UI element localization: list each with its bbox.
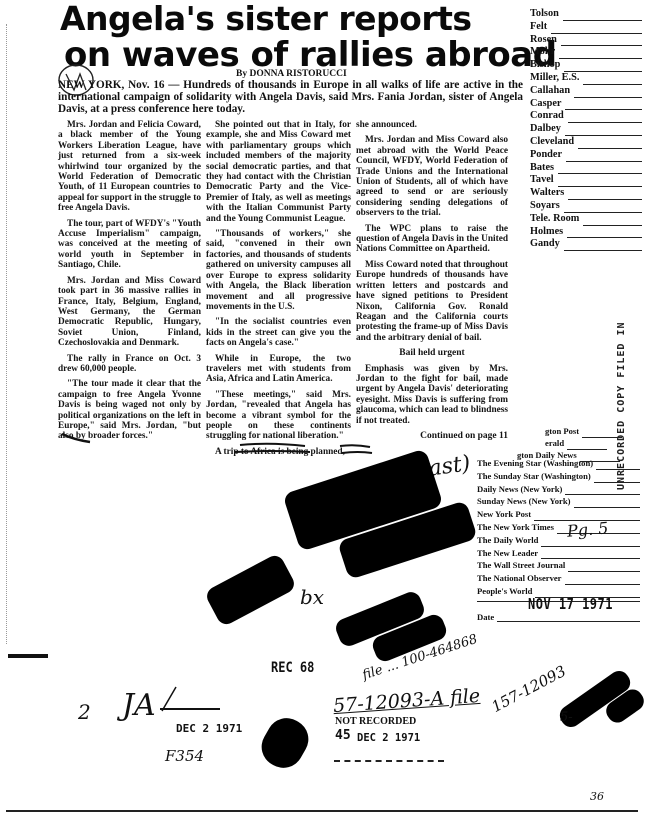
newspaper-name: Daily News (New York) (477, 483, 562, 496)
newspaper-name: erald (545, 437, 564, 450)
handwritten-file-number-2: 157-12093 (489, 662, 569, 716)
routing-name: Soyars (530, 200, 560, 213)
pen-underline-marks (230, 440, 380, 460)
routing-name: Callahan (530, 85, 570, 98)
newspaper-row: The New York Times (477, 521, 640, 534)
routing-line (561, 36, 642, 46)
paragraph: she announced. (356, 120, 508, 130)
routing-line (583, 216, 642, 226)
routing-name: Holmes (530, 226, 563, 239)
newspaper-name: Sunday News (New York) (477, 495, 571, 508)
routing-line (558, 177, 642, 187)
newspaper-line (596, 461, 640, 470)
paragraph: The WPC plans to raise the question of A… (356, 224, 508, 255)
paragraph: While in Europe, the two travelers met w… (206, 354, 351, 385)
paragraph: Mrs. Jordan and Felicia Coward, a black … (58, 120, 201, 214)
routing-line (583, 75, 642, 85)
routing-slip-row: Miller, E.S. (530, 72, 642, 85)
newspaper-line (594, 474, 640, 483)
newspaper-name: The Daily World (477, 534, 538, 547)
newspaper-line (565, 576, 641, 585)
paragraph: Miss Coward noted that throughout Europe… (356, 260, 508, 343)
routing-slip-row: Tavel (530, 174, 642, 187)
paragraph: Mrs. Jordan and Miss Coward took part in… (58, 276, 201, 349)
newspaper-name: New York Post (477, 508, 531, 521)
article-column-2: She pointed out that in Italy, for examp… (206, 120, 351, 462)
headline-line-1: Angela's sister reports (60, 2, 535, 35)
newspaper-line (568, 563, 640, 572)
routing-slip-row: Bates (530, 162, 642, 175)
not-recorded-number: 45 (335, 728, 351, 743)
paragraph: She pointed out that in Italy, for examp… (206, 120, 351, 224)
handwritten-bx: bx (300, 585, 324, 609)
routing-slip-row: Conrad (530, 110, 642, 123)
routing-line (565, 100, 642, 110)
date-stamp: NOV 17 1971 (528, 595, 613, 613)
pen-check (160, 685, 180, 713)
routing-line (563, 11, 642, 21)
newspaper-row: The National Observer (477, 572, 640, 585)
handwritten-number: 2 (78, 700, 91, 724)
paragraph: Emphasis was given by Mrs. Jordan to the… (356, 364, 508, 426)
routing-name: Bates (530, 162, 554, 175)
rec-stamp: REC 68 (271, 659, 314, 676)
date-line (497, 613, 640, 622)
paragraph: "These meetings," said Mrs. Jordan, "rev… (206, 390, 351, 442)
routing-name: Bishop (530, 59, 560, 72)
routing-slip-row: Tele. Room (530, 213, 642, 226)
date-label: Date (477, 612, 494, 622)
newspaper-row: New York Post (477, 508, 640, 521)
routing-name: Rosen (530, 34, 557, 47)
handwritten-page-number: 36 (590, 790, 604, 803)
routing-slip-row: Dalbey (530, 123, 642, 136)
not-recorded-stamp: NOT RECORDED (335, 716, 416, 727)
routing-name: Miller, E.S. (530, 72, 579, 85)
newspaper-name: gton Daily News (517, 449, 577, 462)
article-column-1: Mrs. Jordan and Felicia Coward, a black … (58, 120, 201, 447)
routing-line (558, 164, 642, 174)
handwritten-f354: F354 (165, 747, 204, 765)
routing-name: Conrad (530, 110, 564, 123)
newspaper-row: Daily News (New York) (477, 483, 640, 496)
handwritten-initials: JA (122, 688, 156, 723)
routing-line (565, 126, 642, 136)
newspaper-row: gton Post (545, 425, 622, 438)
routing-line (568, 113, 642, 123)
handwritten-five: 5- (560, 710, 573, 725)
routing-slip-row: Bishop (530, 59, 642, 72)
routing-slip-row: Gandy (530, 238, 642, 251)
newspaper-line (574, 499, 640, 508)
newspaper-line (580, 453, 620, 462)
routing-line (578, 139, 642, 149)
paragraph: Mrs. Jordan and Miss Coward also met abr… (356, 135, 508, 218)
newspaper-row: The Sunday Star (Washington) (477, 470, 640, 483)
routing-slip-row: Holmes (530, 226, 642, 239)
newspaper-name: The New York Times (477, 521, 554, 534)
routing-slip-row: Callahan (530, 85, 642, 98)
pen-mark (60, 430, 110, 444)
edge-mark (8, 654, 48, 658)
routing-slip-row: Tolson (530, 8, 642, 21)
routing-slip-row: Casper (530, 98, 642, 111)
routing-slip-row: Felt (530, 21, 642, 34)
dec-stamp-right: DEC 2 1971 (357, 732, 420, 744)
routing-line (564, 203, 642, 213)
dec-stamp-left: DEC 2 1971 (176, 722, 242, 735)
routing-name: Mohr (530, 46, 555, 59)
handwritten-file-number: 57-12093-A file (332, 685, 480, 717)
newspaper-name: The National Observer (477, 572, 562, 585)
bottom-rule (6, 810, 638, 812)
newspaper-row: gton Daily News (517, 449, 620, 462)
newspaper-name: The Wall Street Journal (477, 559, 565, 572)
routing-line (574, 88, 642, 98)
routing-line (559, 49, 642, 59)
lede-paragraph: NEW YORK, Nov. 16 — Hundreds of thousand… (58, 79, 523, 116)
routing-name: Cleveland (530, 136, 574, 149)
routing-slip-row: Rosen (530, 34, 642, 47)
newspaper-name: gton Post (545, 425, 579, 438)
handwritten-page: Pg. 5 (566, 518, 609, 541)
subhead: Bail held urgent (356, 348, 508, 358)
paragraph: "Thousands of workers," she said, "conve… (206, 229, 351, 312)
newspaper-name: People's World (477, 585, 532, 598)
paragraph: The rally in France on Oct. 3 drew 60,00… (58, 354, 201, 375)
newspaper-line (541, 538, 640, 547)
routing-name: Dalbey (530, 123, 561, 136)
routing-line (564, 241, 642, 251)
newspaper-row: The New Leader (477, 547, 640, 560)
routing-name: Tolson (530, 8, 559, 21)
routing-name: Tavel (530, 174, 554, 187)
routing-slip-row: Walters (530, 187, 642, 200)
routing-line (568, 190, 642, 200)
newspaper-name: The Sunday Star (Washington) (477, 470, 591, 483)
routing-slip-row: Mohr (530, 46, 642, 59)
date-field: Date (477, 612, 640, 622)
routing-line (551, 24, 642, 34)
routing-name: Casper (530, 98, 561, 111)
paragraph: "In the socialist countries even kids in… (206, 317, 351, 348)
byline: By DONNA RISTORUCCI (236, 69, 347, 79)
paragraph: The tour, part of WFDY's "Youth Accuse I… (58, 219, 201, 271)
routing-name: Gandy (530, 238, 560, 251)
newspaper-row: The Daily World (477, 534, 640, 547)
routing-name: Tele. Room (530, 213, 579, 226)
routing-name: Ponder (530, 149, 562, 162)
newspaper-row: The Wall Street Journal (477, 559, 640, 572)
newspaper-row: erald (545, 437, 607, 450)
newspaper-line (541, 550, 640, 559)
routing-slip-row: Cleveland (530, 136, 642, 149)
newspaper-line (565, 486, 640, 495)
routing-line (566, 152, 642, 162)
article-column-3: she announced. Mrs. Jordan and Miss Cowa… (356, 120, 508, 446)
routing-line (564, 62, 642, 72)
routing-name: Walters (530, 187, 564, 200)
stamp-line (334, 760, 444, 762)
edge-scan-line (6, 24, 8, 644)
redaction-block (254, 711, 315, 775)
headline-line-2: on waves of rallies abroad (64, 38, 539, 72)
routing-slip-row: Soyars (530, 200, 642, 213)
routing-slip: TolsonFeltRosenMohrBishopMiller, E.S.Cal… (530, 8, 642, 251)
newspaper-list: gton Posteraldgton Daily NewsThe Evening… (477, 457, 640, 598)
redaction-block (204, 552, 298, 627)
routing-line (567, 228, 642, 238)
routing-slip-row: Ponder (530, 149, 642, 162)
routing-name: Felt (530, 21, 547, 34)
newspaper-row: Sunday News (New York) (477, 495, 640, 508)
newspaper-name: The New Leader (477, 547, 538, 560)
